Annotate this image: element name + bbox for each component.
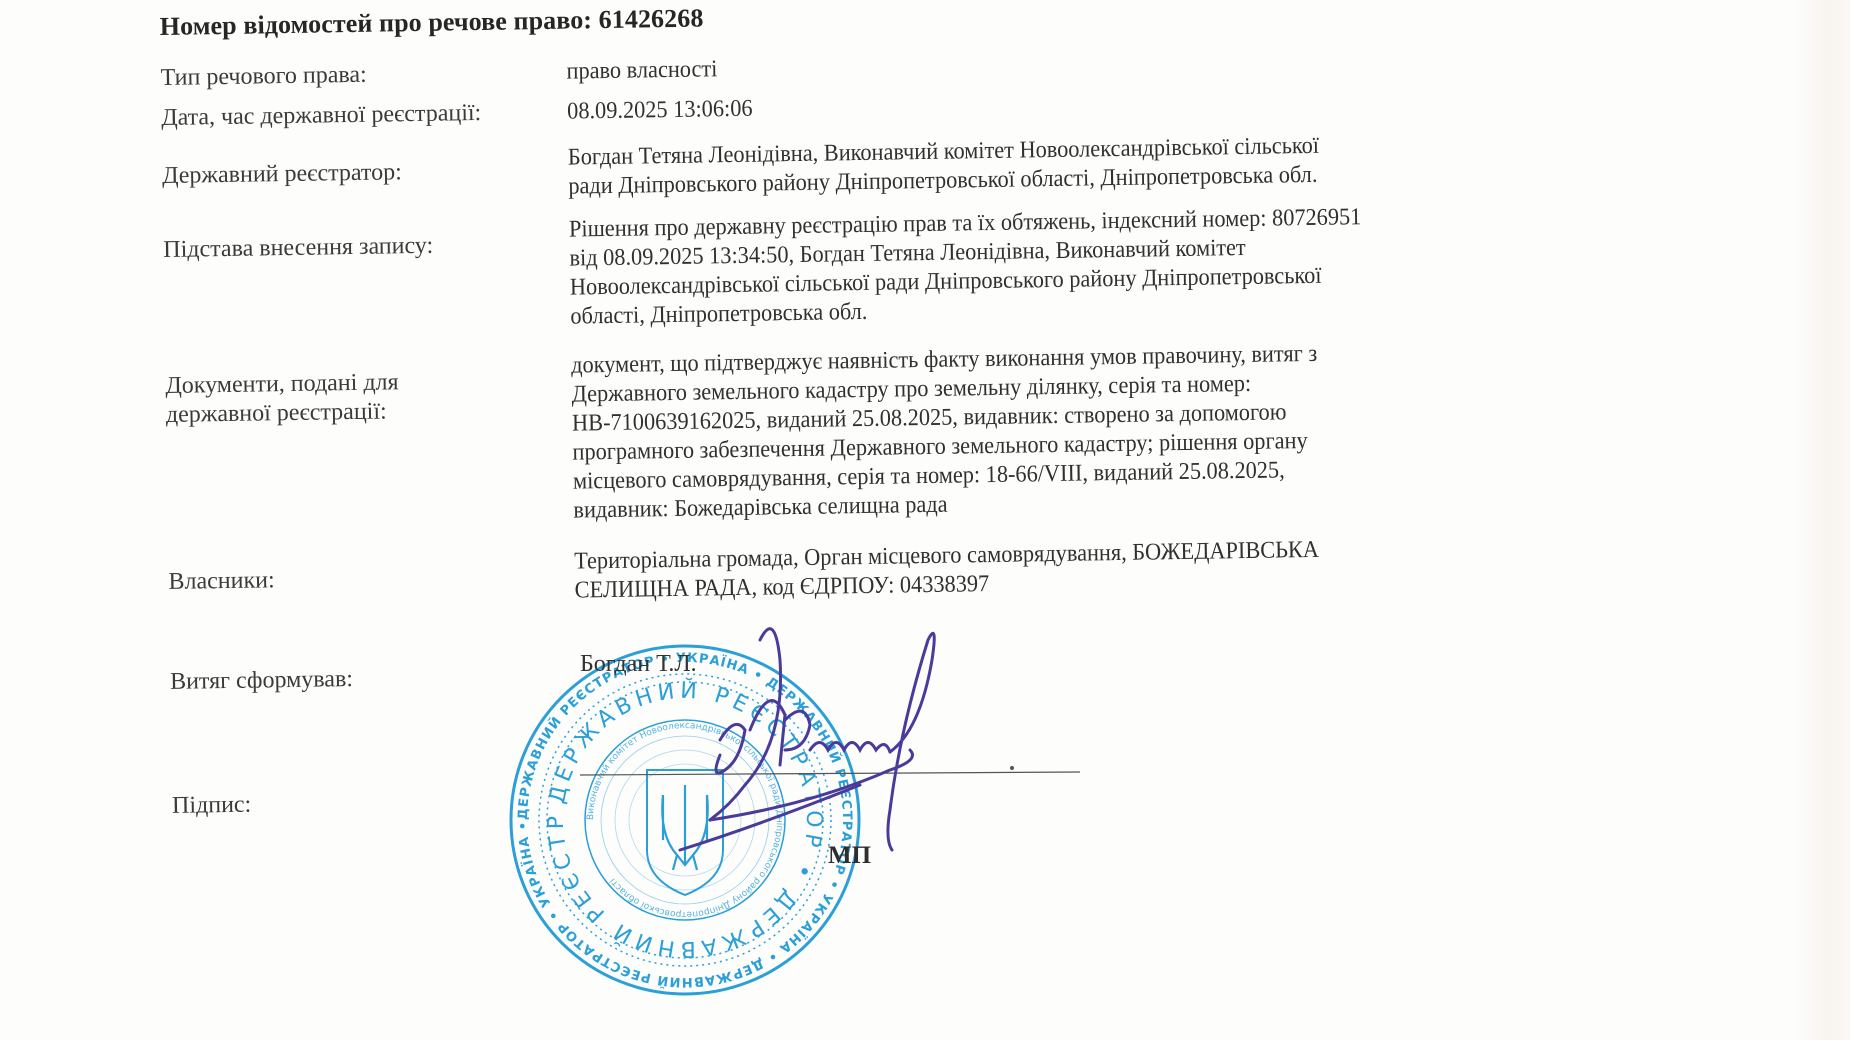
field-row-basis: Підстава внесення запису: Рішення про де… bbox=[163, 199, 1613, 222]
field-row-right-type: Тип речового права: право власності bbox=[160, 41, 1610, 64]
field-label: Документи, подані для державної реєстрац… bbox=[165, 366, 566, 430]
field-value: документ, що підтверджує наявність факту… bbox=[571, 337, 1532, 526]
field-row-registrar: Державний реєстратор: Богдан Тетяна Леон… bbox=[162, 127, 1612, 150]
document-title: Номер відомостей про речове право: 61426… bbox=[160, 3, 704, 42]
field-row-owners: Власники: Територіальна громада, Орган м… bbox=[168, 531, 1618, 554]
label-line: державної реєстрації: bbox=[166, 395, 566, 430]
value-line: 08.09.2025 13:06:06 bbox=[567, 83, 1525, 127]
value-line: право власності bbox=[566, 43, 1524, 87]
field-label: Дата, час державної реєстрації: bbox=[161, 98, 561, 133]
signature-icon bbox=[560, 620, 1100, 880]
document-page: Номер відомостей про речове право: 61426… bbox=[0, 0, 1850, 1040]
field-label: Державний реєстратор: bbox=[162, 156, 562, 191]
field-value: 08.09.2025 13:06:06 bbox=[567, 83, 1525, 127]
field-label: Підстава внесення запису: bbox=[163, 230, 563, 265]
field-value: Територіальна громада, Орган місцевого с… bbox=[574, 533, 1533, 606]
field-value: право власності bbox=[566, 43, 1524, 87]
field-label: Власники: bbox=[168, 562, 568, 597]
field-row-documents: Документи, подані для державної реєстрац… bbox=[165, 335, 1615, 358]
page-edge-shadow bbox=[1795, 0, 1850, 1040]
field-value: Богдан Тетяна Леонідівна, Виконавчий ком… bbox=[568, 129, 1527, 202]
field-value: Рішення про державну реєстрацію прав та … bbox=[569, 201, 1529, 332]
field-label: Тип речового права: bbox=[160, 58, 560, 93]
seal-place-mark: МП bbox=[828, 842, 871, 870]
